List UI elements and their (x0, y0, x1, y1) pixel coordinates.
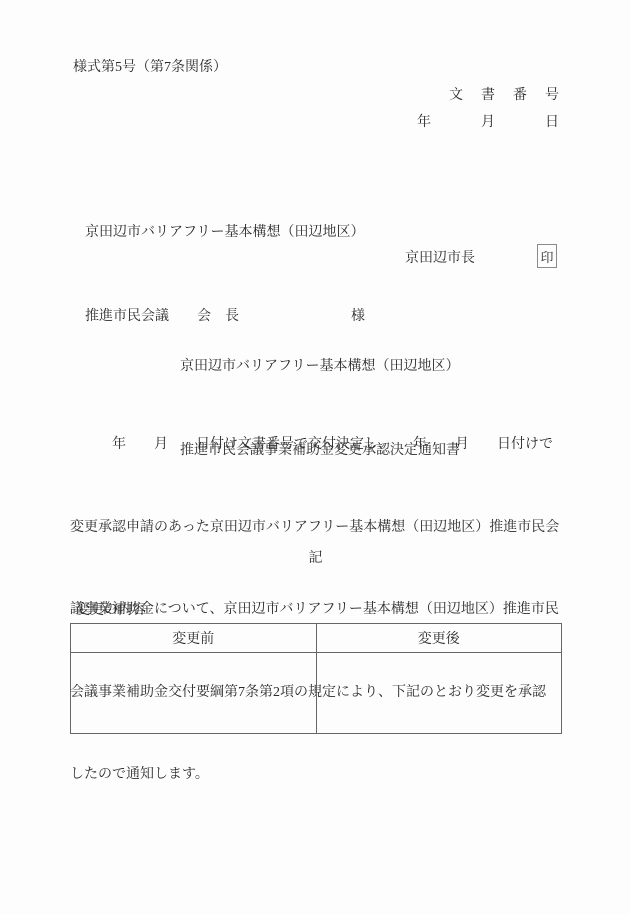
change-table-header-row: 変更前 変更後 (71, 624, 562, 653)
sender-name: 京田辺市長 (405, 247, 475, 267)
body-line: 年 月 日付け文書番号で交付決定し、 年 月 日付けで (70, 431, 562, 459)
form-number: 様式第5号（第7条関係） (73, 56, 227, 76)
addressee-line-1: 京田辺市バリアフリー基本構想（田辺地区） (85, 219, 365, 247)
date-placeholder: 年 月 日 (417, 111, 561, 131)
change-table-header-after: 変更後 (316, 624, 562, 653)
document-number-label: 文 書 番 号 (449, 84, 561, 104)
change-table-header-before: 変更前 (71, 624, 317, 653)
change-table-cell-after (316, 653, 562, 734)
change-table-data-row (71, 653, 562, 734)
change-table: 変更前 変更後 (70, 623, 562, 734)
body-line: したので通知します。 (70, 761, 562, 789)
seal-box: 印 (537, 244, 557, 268)
document-page: 様式第5号（第7条関係） 文 書 番 号 年 月 日 京田辺市バリアフリー基本構… (0, 0, 630, 915)
body-line: 変更承認申請のあった京田辺市バリアフリー基本構想（田辺地区）推進市民会 (70, 514, 562, 542)
seal-mark: 印 (540, 247, 553, 266)
change-table-cell-before (71, 653, 317, 734)
change-table-caption: 変更の内容 (76, 599, 146, 619)
record-marker: 記 (70, 547, 561, 567)
